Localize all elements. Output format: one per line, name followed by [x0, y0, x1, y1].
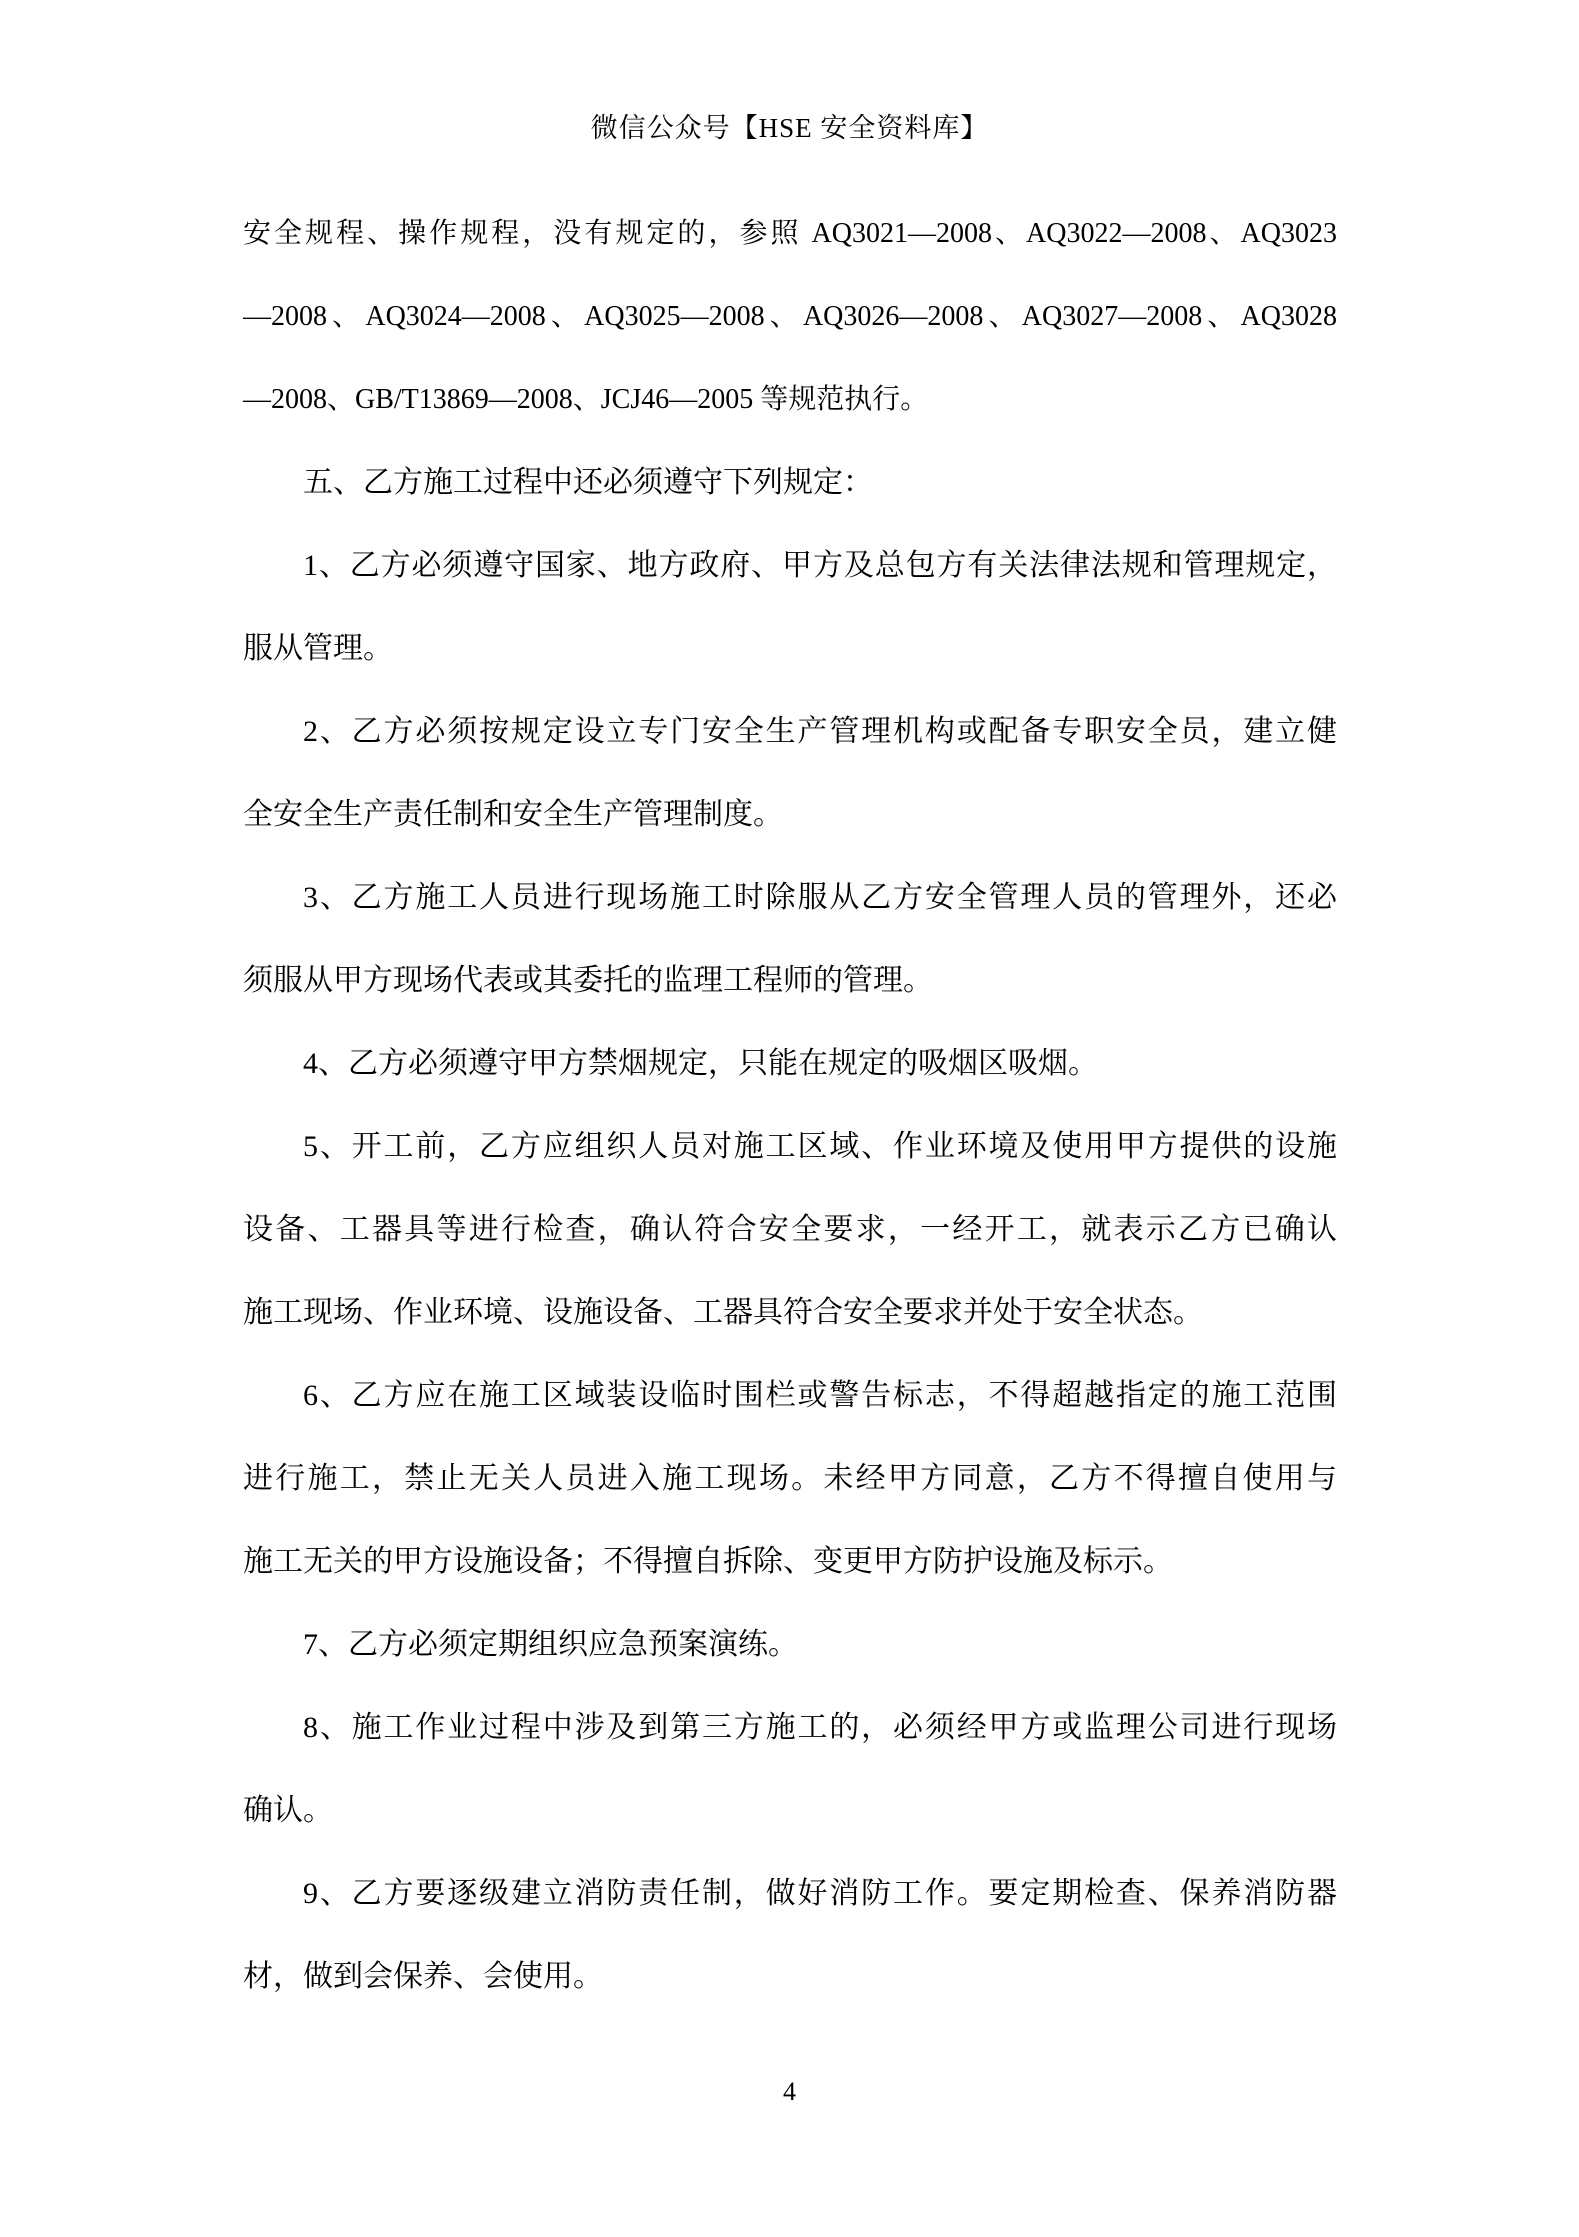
document-page: 微信公众号【HSE 安全资料库】 安全规程、操作规程，没有规定的，参照 AQ30… [0, 0, 1579, 2237]
text-line: 4、乙方必须遵守甲方禁烟规定，只能在规定的吸烟区吸烟。 [243, 1022, 1337, 1105]
text-line: 8、施工作业过程中涉及到第三方施工的，必须经甲方或监理公司进行现场 [243, 1686, 1337, 1769]
text-line: 9、乙方要逐级建立消防责任制，做好消防工作。要定期检查、保养消防器 [243, 1852, 1337, 1935]
text-line: 5、开工前，乙方应组织人员对施工区域、作业环境及使用甲方提供的设施 [243, 1105, 1337, 1188]
text-line: —2008、AQ3024—2008、AQ3025—2008、AQ3026—200… [243, 275, 1337, 358]
text-line: 设备、工器具等进行检查，确认符合安全要求，一经开工，就表示乙方已确认 [243, 1188, 1337, 1271]
text-line: 全安全生产责任制和安全生产管理制度。 [243, 773, 1337, 856]
text-line: 进行施工，禁止无关人员进入施工现场。未经甲方同意，乙方不得擅自使用与 [243, 1437, 1337, 1520]
text-line: 服从管理。 [243, 607, 1337, 690]
page-header: 微信公众号【HSE 安全资料库】 [0, 108, 1579, 148]
text-line: 安全规程、操作规程，没有规定的，参照 AQ3021—2008、AQ3022—20… [243, 192, 1337, 275]
text-line: 7、乙方必须定期组织应急预案演练。 [243, 1603, 1337, 1686]
document-body: 安全规程、操作规程，没有规定的，参照 AQ3021—2008、AQ3022—20… [243, 192, 1337, 2018]
text-line: 2、乙方必须按规定设立专门安全生产管理机构或配备专职安全员，建立健 [243, 690, 1337, 773]
text-line: —2008、GB/T13869—2008、JCJ46—2005 等规范执行。 [243, 358, 1337, 441]
page-number: 4 [0, 2074, 1579, 2110]
text-line: 施工无关的甲方设施设备；不得擅自拆除、变更甲方防护设施及标示。 [243, 1520, 1337, 1603]
text-line: 6、乙方应在施工区域装设临时围栏或警告标志，不得超越指定的施工范围 [243, 1354, 1337, 1437]
text-line: 3、乙方施工人员进行现场施工时除服从乙方安全管理人员的管理外，还必 [243, 856, 1337, 939]
text-line: 1、乙方必须遵守国家、地方政府、甲方及总包方有关法律法规和管理规定， [243, 524, 1337, 607]
text-line: 须服从甲方现场代表或其委托的监理工程师的管理。 [243, 939, 1337, 1022]
text-line: 材，做到会保养、会使用。 [243, 1935, 1337, 2018]
text-line: 施工现场、作业环境、设施设备、工器具符合安全要求并处于安全状态。 [243, 1271, 1337, 1354]
text-line: 五、乙方施工过程中还必须遵守下列规定： [243, 441, 1337, 524]
text-line: 确认。 [243, 1769, 1337, 1852]
